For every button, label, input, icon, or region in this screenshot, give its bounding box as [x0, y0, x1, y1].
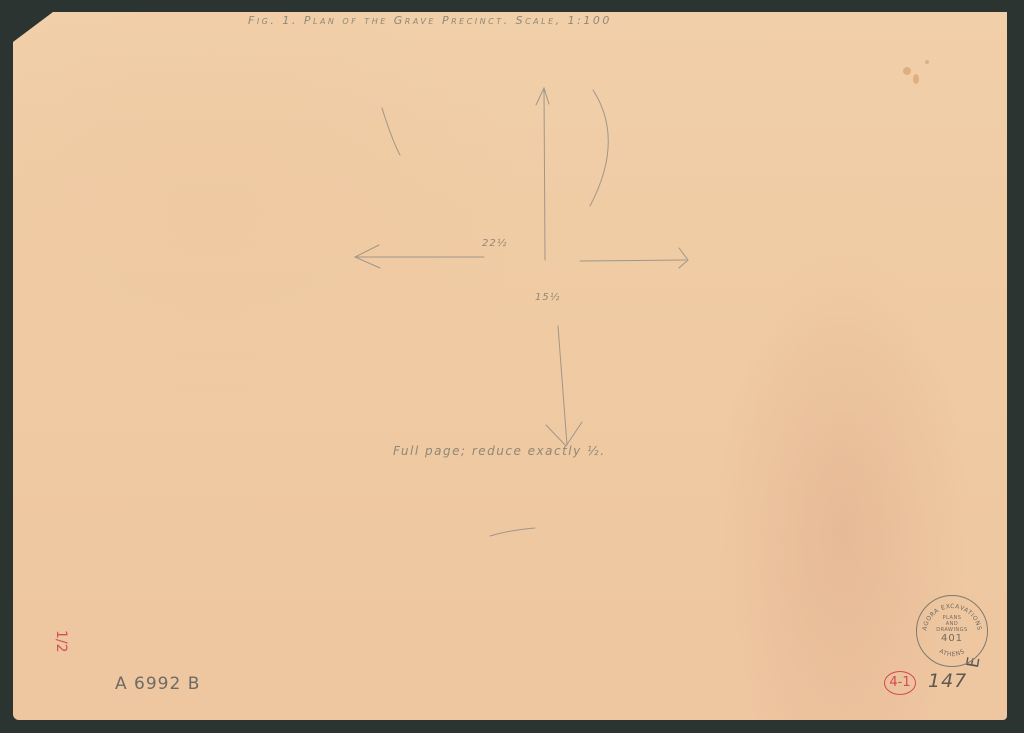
- red-fraction-note: 1/2: [53, 630, 69, 653]
- pencil-sketch-arrows: [0, 0, 1024, 733]
- width-dimension: 22½: [482, 238, 507, 249]
- svg-text:ATHENS: ATHENS: [938, 648, 966, 658]
- stamp-outer-bottom: ATHENS: [938, 648, 966, 658]
- reduction-instruction: Full page; reduce exactly ½.: [393, 444, 606, 458]
- figure-caption: Fig. 1. Plan of the Grave Precinct. Scal…: [248, 14, 612, 27]
- red-circled-label: 4-1: [884, 671, 916, 695]
- stamp-inner: PLANS AND DRAWINGS 401: [917, 615, 987, 644]
- archive-stamp: AGORA EXCAVATIONS ATHENS PLANS AND DRAWI…: [916, 595, 988, 667]
- catalog-number: A 6992 B: [115, 674, 200, 694]
- stamp-number: 401: [917, 633, 987, 644]
- height-dimension: 15½: [535, 292, 560, 303]
- page-number: 147: [928, 670, 967, 692]
